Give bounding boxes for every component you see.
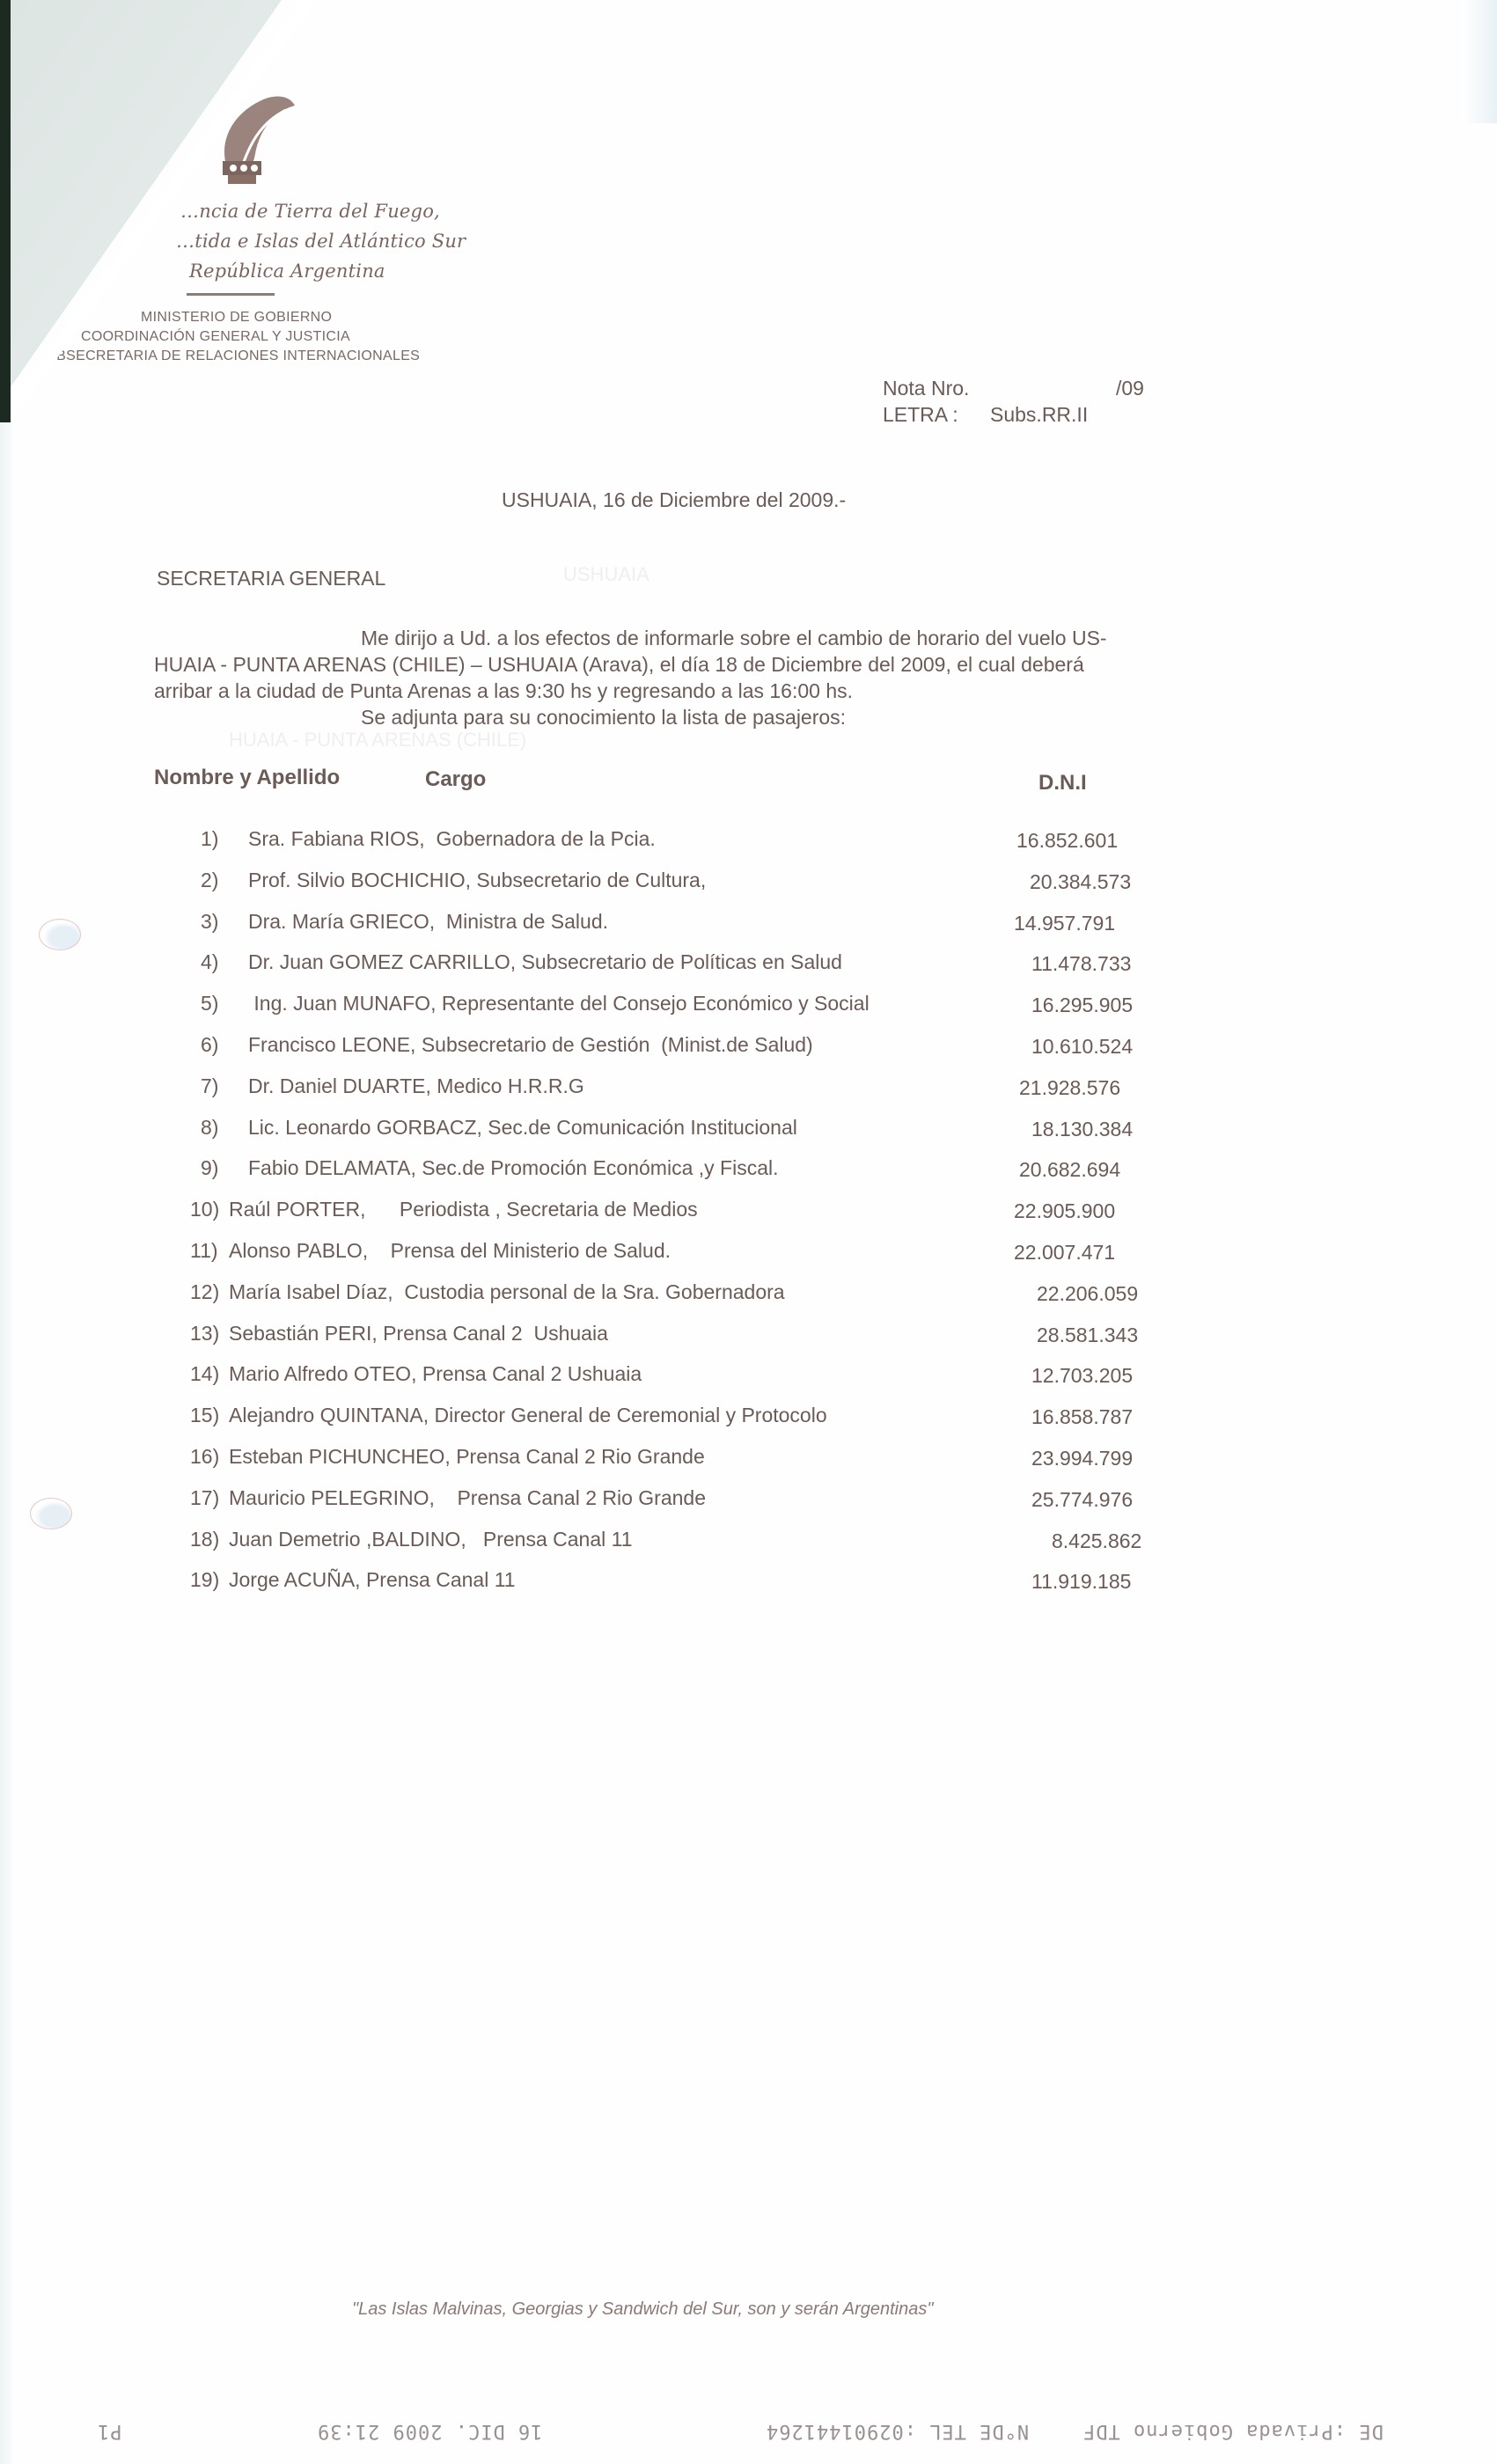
table-row: 1)Sra. Fabiana RIOS, Gobernadora de la P… xyxy=(201,827,656,851)
passenger-name-role: Dr. Juan GOMEZ CARRILLO, Subsecretario d… xyxy=(248,950,842,973)
table-row: 15)Alejandro QUINTANA, Director General … xyxy=(190,1404,827,1427)
passenger-dni: 20.384.573 xyxy=(1030,870,1131,894)
passenger-name-role: Fabio DELAMATA, Sec.de Promoción Económi… xyxy=(248,1156,778,1179)
passenger-dni: 16.852.601 xyxy=(1016,829,1118,853)
table-row: 6)Francisco LEONE, Subsecretario de Gest… xyxy=(201,1033,813,1057)
fax-header-page: P1 xyxy=(97,2420,122,2442)
passenger-name-role: Ing. Juan MUNAFO, Representante del Cons… xyxy=(248,992,870,1015)
body-line-1: Me dirijo a Ud. a los efectos de informa… xyxy=(361,627,1107,650)
body-line-2: HUAIA - PUNTA ARENAS (CHILE) – USHUAIA (… xyxy=(154,653,1084,677)
letterhead-subsecretaria: …UBSECRETARIA DE RELACIONES INTERNACIONA… xyxy=(32,348,420,364)
row-number: 16) xyxy=(190,1445,229,1469)
place-and-date: USHUAIA, 16 de Diciembre del 2009.- xyxy=(502,488,846,512)
footer-motto: "Las Islas Malvinas, Georgias y Sandwich… xyxy=(352,2299,933,2320)
passenger-dni: 20.682.694 xyxy=(1019,1158,1120,1182)
provincial-seal-icon xyxy=(207,84,304,198)
passenger-name-role: Raúl PORTER, Periodista , Secretaria de … xyxy=(229,1198,698,1221)
table-row: 19)Jorge ACUÑA, Prensa Canal 11 xyxy=(190,1568,516,1592)
bleed-through-text: HUAIA - PUNTA ARENAS (CHILE) xyxy=(229,729,526,752)
table-row: 9)Fabio DELAMATA, Sec.de Promoción Econó… xyxy=(201,1156,778,1180)
passenger-dni: 21.928.576 xyxy=(1019,1076,1120,1100)
passenger-dni: 22.206.059 xyxy=(1037,1282,1138,1306)
passenger-name-role: Jorge ACUÑA, Prensa Canal 11 xyxy=(229,1568,516,1591)
letterhead-divider xyxy=(187,293,275,296)
table-row: 11)Alonso PABLO, Prensa del Ministerio d… xyxy=(190,1239,671,1263)
row-number: 8) xyxy=(201,1116,248,1140)
row-number: 4) xyxy=(201,950,248,974)
passenger-name-role: María Isabel Díaz, Custodia personal de … xyxy=(229,1280,785,1303)
table-row: 14)Mario Alfredo OTEO, Prensa Canal 2 Us… xyxy=(190,1362,642,1386)
table-row: 18)Juan Demetrio ,BALDINO, Prensa Canal … xyxy=(190,1528,633,1551)
table-row: 13)Sebastián PERI, Prensa Canal 2 Ushuai… xyxy=(190,1322,608,1346)
row-number: 9) xyxy=(201,1156,248,1180)
scanned-letter: USHUAIA HUAIA - PUNTA ARENAS (CHILE) …nc… xyxy=(0,0,1497,2464)
passenger-dni: 22.007.471 xyxy=(1014,1241,1115,1265)
row-number: 11) xyxy=(190,1239,229,1263)
passenger-dni: 11.919.185 xyxy=(1031,1570,1131,1594)
passenger-name-role: Prof. Silvio BOCHICHIO, Subsecretario de… xyxy=(248,869,706,891)
addressee: SECRETARIA GENERAL xyxy=(157,567,385,590)
table-row: 5) Ing. Juan MUNAFO, Representante del C… xyxy=(201,992,870,1016)
letterhead-coordination: COORDINACIÓN GENERAL Y JUSTICIA xyxy=(81,329,350,345)
passenger-dni: 11.478.733 xyxy=(1031,952,1131,976)
passenger-dni: 10.610.524 xyxy=(1031,1035,1133,1059)
table-row: 3)Dra. María GRIECO, Ministra de Salud. xyxy=(201,910,608,934)
column-header-dni: D.N.I xyxy=(1038,771,1087,796)
passenger-dni: 16.295.905 xyxy=(1031,994,1133,1017)
passenger-dni: 12.703.205 xyxy=(1031,1364,1133,1388)
body-line-3: arribar a la ciudad de Punta Arenas a la… xyxy=(154,679,853,703)
row-number: 19) xyxy=(190,1568,229,1592)
row-number: 1) xyxy=(201,827,248,851)
table-row: 12)María Isabel Díaz, Custodia personal … xyxy=(190,1280,785,1304)
fax-header-tel: N°DE TEL :02901441264 xyxy=(766,2420,1029,2442)
bleed-through-text: USHUAIA xyxy=(563,563,649,586)
row-number: 14) xyxy=(190,1362,229,1386)
table-row: 7)Dr. Daniel DUARTE, Medico H.R.R.G xyxy=(201,1074,584,1098)
row-number: 17) xyxy=(190,1486,229,1510)
row-number: 3) xyxy=(201,910,248,934)
passenger-dni: 8.425.862 xyxy=(1052,1529,1141,1553)
passenger-name-role: Sebastián PERI, Prensa Canal 2 Ushuaia xyxy=(229,1322,608,1345)
passenger-name-role: Alonso PABLO, Prensa del Ministerio de S… xyxy=(229,1239,671,1262)
row-number: 13) xyxy=(190,1322,229,1346)
row-number: 15) xyxy=(190,1404,229,1427)
fax-header-datetime: 16 DIC. 2009 21:39 xyxy=(317,2420,542,2442)
table-row: 10)Raúl PORTER, Periodista , Secretaria … xyxy=(190,1198,698,1221)
passenger-name-role: Esteban PICHUNCHEO, Prensa Canal 2 Rio G… xyxy=(229,1445,705,1468)
row-number: 2) xyxy=(201,869,248,892)
scan-edge-left xyxy=(0,0,12,2464)
passenger-name-role: Mauricio PELEGRINO, Prensa Canal 2 Rio G… xyxy=(229,1486,706,1509)
row-number: 5) xyxy=(201,992,248,1016)
passenger-dni: 28.581.343 xyxy=(1037,1324,1138,1347)
scan-edge-right xyxy=(1462,0,1497,123)
row-number: 6) xyxy=(201,1033,248,1057)
body-line-4: Se adjunta para su conocimiento la lista… xyxy=(361,706,846,730)
letterhead-ministry: MINISTERIO DE GOBIERNO xyxy=(141,310,332,326)
table-row: 2)Prof. Silvio BOCHICHIO, Subsecretario … xyxy=(201,869,706,892)
passenger-name-role: Dra. María GRIECO, Ministra de Salud. xyxy=(248,910,608,933)
passenger-name-role: Dr. Daniel DUARTE, Medico H.R.R.G xyxy=(248,1074,584,1097)
table-row: 16)Esteban PICHUNCHEO, Prensa Canal 2 Ri… xyxy=(190,1445,705,1469)
column-header-name: Nombre y Apellido xyxy=(154,766,340,790)
table-row: 8)Lic. Leonardo GORBACZ, Sec.de Comunica… xyxy=(201,1116,797,1140)
passenger-dni: 23.994.799 xyxy=(1031,1447,1133,1470)
letterhead-line-2: …tida e Islas del Atlántico Sur xyxy=(176,231,466,252)
punch-hole xyxy=(39,919,81,950)
passenger-name-role: Juan Demetrio ,BALDINO, Prensa Canal 11 xyxy=(229,1528,633,1551)
letterhead-line-3: República Argentina xyxy=(189,260,385,282)
passenger-dni: 18.130.384 xyxy=(1031,1118,1133,1141)
passenger-dni: 14.957.791 xyxy=(1014,912,1115,935)
table-row: 4)Dr. Juan GOMEZ CARRILLO, Subsecretario… xyxy=(201,950,842,974)
passenger-name-role: Francisco LEONE, Subsecretario de Gestió… xyxy=(248,1033,813,1056)
passenger-dni: 16.858.787 xyxy=(1031,1405,1133,1429)
nota-number-label: Nota Nro. xyxy=(883,377,969,400)
fax-header-from: DE :Privada Gobierno TDF xyxy=(1082,2420,1383,2442)
passenger-name-role: Sra. Fabiana RIOS, Gobernadora de la Pci… xyxy=(248,827,656,850)
punch-hole xyxy=(30,1498,72,1529)
passenger-dni: 25.774.976 xyxy=(1031,1488,1133,1512)
table-row: 17)Mauricio PELEGRINO, Prensa Canal 2 Ri… xyxy=(190,1486,706,1510)
letterhead-line-1: …ncia de Tierra del Fuego, xyxy=(180,201,440,222)
passenger-name-role: Alejandro QUINTANA, Director General de … xyxy=(229,1404,827,1426)
column-header-role: Cargo xyxy=(425,767,486,792)
passenger-dni: 22.905.900 xyxy=(1014,1199,1115,1223)
row-number: 18) xyxy=(190,1528,229,1551)
row-number: 10) xyxy=(190,1198,229,1221)
row-number: 12) xyxy=(190,1280,229,1304)
passenger-name-role: Mario Alfredo OTEO, Prensa Canal 2 Ushua… xyxy=(229,1362,642,1385)
letra-value: Subs.RR.II xyxy=(990,403,1088,427)
passenger-name-role: Lic. Leonardo GORBACZ, Sec.de Comunicaci… xyxy=(248,1116,797,1139)
nota-number-suffix: /09 xyxy=(1116,377,1144,400)
letra-label: LETRA : xyxy=(883,403,958,427)
row-number: 7) xyxy=(201,1074,248,1098)
